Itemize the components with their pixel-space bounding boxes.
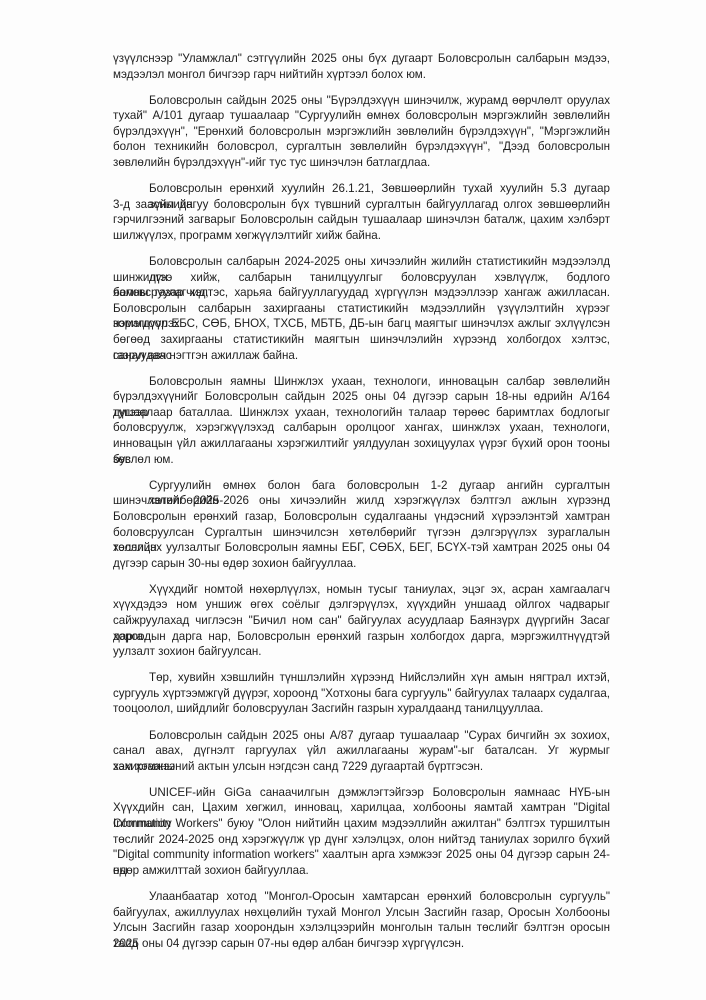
paragraph-line: Сургуулийн өмнөх болон бага боловсролын …	[113, 478, 610, 494]
line-text: UNICEF-ийн GiGa санаачилгын дэмжлэгтэйгэ…	[149, 785, 610, 801]
paragraph-line: тушаалаар баталлаа. Шинжлэх ухаан, техно…	[113, 405, 610, 421]
line-text: сургууль хүртээмжгүй дүүрэг, хороонд "Хо…	[113, 686, 610, 702]
paragraph-line: Боловсролын яамны Шинжлэх ухаан, техноло…	[113, 374, 610, 390]
paragraph-line: Хүүхдийн сан, Цахим хөгжил, инновац, хар…	[113, 800, 610, 816]
line-text: үзүүлснээр "Уламжлал" сэтгүүлийн 2025 он…	[113, 51, 610, 67]
paragraph-line: 2025 оны 04 дүгээр сарын 07-ны өдөр алба…	[113, 936, 610, 952]
paragraph: Сургуулийн өмнөх болон бага боловсролын …	[113, 478, 610, 572]
line-text: төслийг 2024-2025 онд хэрэгжүүлж үр дүнг…	[113, 832, 610, 848]
line-text: яамны газар хэлтэс, харьяа байгууллагууд…	[113, 285, 610, 301]
paragraph-line: мэдээлэл монгол бичгээр гарч нийтийн хүр…	[113, 67, 610, 83]
line-text: Information Workers" буюу "Олон нийтийн …	[113, 816, 610, 832]
paragraph-line: Улаанбаатар хотод "Монгол-Оросын хамтарс…	[113, 889, 610, 905]
paragraph-line: Төр, хувийн хэвшлийн түншлэлийн хүрээнд …	[113, 670, 610, 686]
paragraph-line: гэрчилгээний загварыг Боловсролын сайдын…	[113, 212, 610, 228]
paragraph: Боловсролын ерөнхий хуулийн 26.1.21, Зөв…	[113, 181, 610, 243]
paragraph: UNICEF-ийн GiGa санаачилгын дэмжлэгтэйгэ…	[113, 785, 610, 879]
line-text: санал авч нэгтгэн ажиллаж байна.	[113, 348, 610, 364]
document-page: үзүүлснээр "Уламжлал" сэтгүүлийн 2025 он…	[0, 0, 706, 1000]
paragraph-line: дүгээр сарын 30-ны өдөр зохион байгуулла…	[113, 556, 610, 572]
paragraph-line: шилжүүлэх, программ хөгжүүлэлтийг хийж б…	[113, 228, 610, 244]
line-text: хүүхдэдээ ном уншиж өгөх соёлыг дэлгэрүү…	[113, 597, 610, 613]
paragraph-line: хэм хэмжээний актын улсын нэгдсэн санд 7…	[113, 759, 610, 775]
paragraph-line: Information Workers" буюу "Олон нийтийн …	[113, 816, 610, 832]
paragraph-line: болон техникийн боловсрол, сургалтын зөв…	[113, 139, 610, 155]
paragraph-line: санал авах, дүгнэлт гаргуулах үйл ажилла…	[113, 743, 610, 759]
paragraph-line: санал авч нэгтгэн ажиллаж байна.	[113, 348, 610, 364]
paragraph-line: Боловсролын сайдын 2025 оны "Бүрэлдэхүүн…	[113, 93, 610, 109]
paragraph-line: хороодын дарга нар, Боловсролын ерөнхий …	[113, 629, 610, 645]
paragraph-line: зорилгоор ЕБС, СӨБ, БНОХ, ТХСБ, МБТБ, ДБ…	[113, 316, 610, 332]
paragraph-line: бөгөөд захиргааны статистикийн маягтын ш…	[113, 332, 610, 348]
line-text: Боловсролын яамны Шинжлэх ухаан, техноло…	[149, 374, 610, 390]
paragraph-line: тухай" А/101 дугаар тушаалаар "Сургуулий…	[113, 108, 610, 124]
line-text: Боловсролын сайдын 2025 оны "Бүрэлдэхүүн…	[149, 93, 610, 109]
paragraph-line: зөвлөлийн бүрэлдэхүүн"-ийг тус тус шинэч…	[113, 155, 610, 171]
line-text: болон техникийн боловсрол, сургалтын зөв…	[113, 139, 610, 155]
line-text: Боловсролын ерөнхий газар, Боловсролын с…	[113, 509, 610, 525]
paragraph-line: Боловсролын ерөнхий газар, Боловсролын с…	[113, 509, 610, 525]
paragraph: Боловсролын салбарын 2024-2025 оны хичээ…	[113, 254, 610, 363]
line-text: хэлэлцэх уулзалтыг Боловсролын яамны ЕБГ…	[113, 540, 610, 556]
line-text: уулзалт зохион байгуулсан.	[113, 644, 610, 660]
paragraph: үзүүлснээр "Уламжлал" сэтгүүлийн 2025 он…	[113, 51, 610, 82]
paragraph: Улаанбаатар хотод "Монгол-Оросын хамтарс…	[113, 889, 610, 951]
paragraph-line: уулзалт зохион байгуулсан.	[113, 644, 610, 660]
line-text: зорилгоор ЕБС, СӨБ, БНОХ, ТХСБ, МБТБ, ДБ…	[113, 316, 610, 332]
paragraph-line: тооцоолол, шийдлийг боловсруулан Засгийн…	[113, 701, 610, 717]
line-text: зөвлөл юм.	[113, 452, 610, 468]
paragraph-line: Боловсролын салбарын захиргааны статисти…	[113, 301, 610, 317]
line-text: тушаалаар баталлаа. Шинжлэх ухаан, техно…	[113, 405, 610, 421]
line-text: боловсруулж, хэрэгжүүлэхэд салбарын орол…	[113, 420, 610, 436]
line-text: мэдээлэл монгол бичгээр гарч нийтийн хүр…	[113, 67, 610, 83]
paragraph-line: хүүхдэдээ ном уншиж өгөх соёлыг дэлгэрүү…	[113, 597, 610, 613]
paragraph-line: зөвлөл юм.	[113, 452, 610, 468]
line-text: гэрчилгээний загварыг Боловсролын сайдын…	[113, 212, 610, 228]
line-text: тооцоолол, шийдлийг боловсруулан Засгийн…	[113, 701, 610, 717]
paragraph-line: Улсын Засгийн газар хоорондын хэлэлцээри…	[113, 920, 610, 936]
paragraph: Хүүхдийг номтой нөхөрлүүлэх, номын тусыг…	[113, 582, 610, 660]
line-text: зөвлөлийн бүрэлдэхүүн"-ийг тус тус шинэч…	[113, 155, 610, 171]
paragraph-line: яамны газар хэлтэс, харьяа байгууллагууд…	[113, 285, 610, 301]
line-text: шилжүүлэх, программ хөгжүүлэлтийг хийж б…	[113, 228, 610, 244]
paragraph-line: байгуулах, ажиллуулах нөхцөлийн тухай Мо…	[113, 905, 610, 921]
paragraph-line: "Digital community information workers" …	[113, 847, 610, 863]
paragraph: Боловсролын сайдын 2025 оны "Бүрэлдэхүүн…	[113, 93, 610, 171]
document-body: үзүүлснээр "Уламжлал" сэтгүүлийн 2025 он…	[113, 51, 610, 962]
paragraph-line: Боловсролын сайдын 2025 оны А/87 дугаар …	[113, 728, 610, 744]
line-text: Хүүхдийг номтой нөхөрлүүлэх, номын тусыг…	[149, 582, 610, 598]
line-text: шинэчлэлийг 2025-2026 оны хичээлийн жилд…	[113, 493, 610, 509]
line-text: Боловсролын сайдын 2025 оны А/87 дугаар …	[149, 728, 610, 744]
paragraph: Боловсролын яамны Шинжлэх ухаан, техноло…	[113, 374, 610, 468]
paragraph-line: инновацын үйл ажиллагааны хэрэгжилтийг у…	[113, 436, 610, 452]
paragraph: Төр, хувийн хэвшлийн түншлэлийн хүрээнд …	[113, 670, 610, 717]
paragraph-line: хэлэлцэх уулзалтыг Боловсролын яамны ЕБГ…	[113, 540, 610, 556]
paragraph-line: бүрэлдэхүүн", "Ерөнхий боловсролын мэргэ…	[113, 124, 610, 140]
line-text: хэм хэмжээний актын улсын нэгдсэн санд 7…	[113, 759, 610, 775]
line-text: Улаанбаатар хотод "Монгол-Оросын хамтарс…	[149, 889, 610, 905]
line-text: дүгээр сарын 30-ны өдөр зохион байгуулла…	[113, 556, 610, 572]
paragraph-line: Хүүхдийг номтой нөхөрлүүлэх, номын тусыг…	[113, 582, 610, 598]
line-text: Төр, хувийн хэвшлийн түншлэлийн хүрээнд …	[149, 670, 610, 686]
paragraph-line: сургууль хүртээмжгүй дүүрэг, хороонд "Хо…	[113, 686, 610, 702]
line-text: хороодын дарга нар, Боловсролын ерөнхий …	[113, 629, 610, 645]
paragraph-line: өдөр амжилттай зохион байгууллаа.	[113, 863, 610, 879]
paragraph-line: Боловсролын ерөнхий хуулийн 26.1.21, Зөв…	[113, 181, 610, 197]
paragraph-line: Боловсролын салбарын 2024-2025 оны хичээ…	[113, 254, 610, 270]
paragraph-line: төслийг 2024-2025 онд хэрэгжүүлж үр дүнг…	[113, 832, 610, 848]
paragraph-line: боловсруулж, хэрэгжүүлэхэд салбарын орол…	[113, 420, 610, 436]
paragraph-line: үзүүлснээр "Уламжлал" сэтгүүлийн 2025 он…	[113, 51, 610, 67]
line-text: өдөр амжилттай зохион байгууллаа.	[113, 863, 610, 879]
line-text: байгуулах, ажиллуулах нөхцөлийн тухай Мо…	[113, 905, 610, 921]
line-text: 3-д заасны дагуу боловсролын бүх түвшний…	[113, 197, 610, 213]
paragraph-line: бүрэлдэхүүнийг Боловсролын сайдын 2025 о…	[113, 389, 610, 405]
line-text: тухай" А/101 дугаар тушаалаар "Сургуулий…	[113, 108, 610, 124]
paragraph-line: сайжруулахад чиглэсэн "Бичил ном сан" ба…	[113, 613, 610, 629]
paragraph-line: 3-д заасны дагуу боловсролын бүх түвшний…	[113, 197, 610, 213]
paragraph: Боловсролын сайдын 2025 оны А/87 дугаар …	[113, 728, 610, 775]
paragraph-line: боловсруулсан Сургалтын шинэчилсэн хөтөл…	[113, 525, 610, 541]
line-text: бүрэлдэхүүн", "Ерөнхий боловсролын мэргэ…	[113, 124, 610, 140]
line-text: 2025 оны 04 дүгээр сарын 07-ны өдөр алба…	[113, 936, 610, 952]
paragraph-line: UNICEF-ийн GiGa санаачилгын дэмжлэгтэйгэ…	[113, 785, 610, 801]
paragraph-line: шинжилгээ хийж, салбарын танилцуулгыг бо…	[113, 270, 610, 286]
paragraph-line: шинэчлэлийг 2025-2026 оны хичээлийн жилд…	[113, 493, 610, 509]
